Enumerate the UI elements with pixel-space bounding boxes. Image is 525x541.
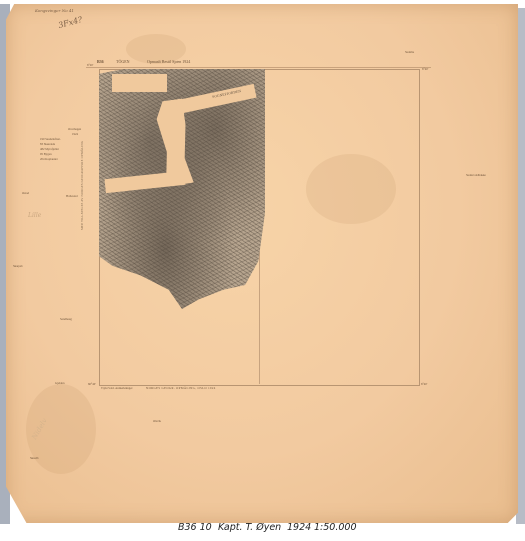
- catalog-sheet-id: B36 10: [178, 522, 212, 533]
- corner-top-right: 6°40': [422, 67, 428, 71]
- neatline-outer-top: [86, 67, 431, 68]
- footer-left-note: Trykt Sold. Anmerkninger: [101, 386, 133, 390]
- place-name: Hollestad: [66, 194, 78, 198]
- corner-bottom-left: 60°40': [88, 382, 96, 386]
- fjord-water: [112, 74, 167, 92]
- place-name: Ostad: [22, 191, 29, 195]
- header-sheet-code: B36: [97, 59, 104, 64]
- catalog-author: Kapt. T. Øyen: [218, 522, 281, 533]
- place-name: Olsvik: [153, 419, 161, 423]
- handwritten-margin-word: Lille: [28, 212, 41, 219]
- corner-bottom-right: 6°40': [421, 382, 427, 386]
- catalog-label: B36 10 Kapt. T. Øyen 1924 1:50.000: [170, 522, 350, 536]
- place-name: Sandhaug: [60, 317, 72, 321]
- header-title: TÖGEN: [116, 59, 130, 64]
- catalog-year: 1924: [287, 522, 311, 533]
- header-subtitle: Opmaalt Bestil Sjøen 1924: [147, 59, 190, 64]
- handwritten-note: Kongsvinger No 41: [35, 8, 74, 13]
- legend-item: 204 Kaplandet: [40, 157, 81, 162]
- legend: Overhagen 1924 190 Saudeluftsst. 83 Skør…: [40, 127, 81, 162]
- corner-top-left: 6°20': [87, 63, 93, 67]
- place-name: Skarpsb: [13, 264, 23, 268]
- place-name: Steinsvoldbakke: [466, 173, 486, 177]
- place-name: Steinbu: [405, 50, 414, 54]
- place-name: Skredb: [30, 456, 39, 460]
- catalog-scale: 1:50.000: [314, 522, 357, 533]
- footer-center-text: NORGES GEOGR. OPMÅLING, OSLO 1924: [146, 386, 216, 390]
- place-name: Gjelden: [55, 381, 65, 385]
